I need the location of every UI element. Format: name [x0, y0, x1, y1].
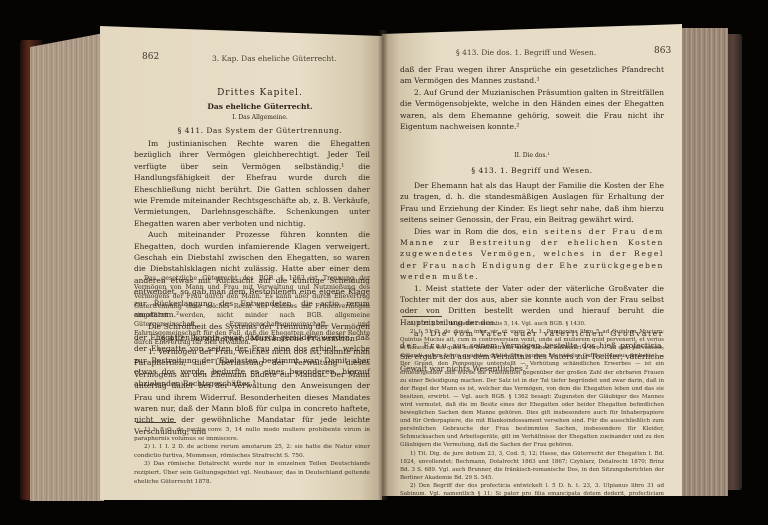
footnote-rule [136, 422, 176, 423]
footnote: 3) Das römische Dotalrecht wurde nur in … [134, 460, 370, 486]
paragraph: Der Ehemann hat als das Haupt der Famili… [400, 180, 664, 226]
footnote: 2) l. 1 I. 2 D. de actione rerum amotaru… [134, 443, 370, 460]
footnote: 1) Tit. Dig. de jure dotium 23, 3, Cod. … [400, 450, 664, 482]
page-number: 863 [654, 46, 671, 56]
right-page: § 413. Die dos. 1. Begriff und Wesen. 86… [382, 24, 682, 496]
section-heading-412: § 412. Paraphernen. Muzianische Präsumti… [140, 334, 380, 343]
section-heading-413: § 413. 1. Begriff und Wesen. [382, 166, 682, 175]
chapter-subtitle: Das eheliche Güterrecht. [140, 102, 380, 111]
left-page: 862 3. Kap. Das eheliche Güterrecht. Dri… [100, 26, 382, 500]
footnote: 2) l. 51 D. de donat. inter vir. et uxor… [400, 328, 664, 449]
footnote: 1) l. 11 § 2 C. de pactis conventis 5, 1… [400, 320, 664, 328]
running-head: 3. Kap. Das eheliche Güterrecht. [212, 54, 337, 63]
page-edges-right [678, 28, 728, 496]
footnote: 1) l. 8 C. de pactis conv. 5, 14 nullo m… [134, 426, 370, 443]
footnote: 2) Den Begriff der dos profecticia entwi… [400, 482, 664, 496]
section-412-continuation: daß der Frau wegen ihrer Ansprüche ein g… [400, 64, 664, 132]
running-head: § 413. Die dos. 1. Begriff und Wesen. [456, 48, 596, 57]
page-number: 862 [142, 52, 159, 62]
footnotes: 1) l. 11 § 2 C. de pactis conventis 5, 1… [400, 320, 664, 496]
paragraph: daß der Frau wegen ihrer Ansprüche ein g… [400, 64, 664, 87]
footnote-rule [402, 316, 442, 317]
footnotes: 1) l. 8 C. de pactis conv. 5, 14 nullo m… [134, 426, 370, 486]
paragraph: Im justinianischen Rechte waren die Eheg… [134, 138, 370, 229]
section-heading-411: § 411. Das System der Gütertrennung. [140, 126, 380, 135]
text: Dies war in Rom die dos, [414, 227, 518, 236]
paragraph: 1. Vermögen der Frau, welches nicht dos … [134, 346, 370, 437]
book-gutter [378, 30, 388, 500]
section-412-body: 1. Vermögen der Frau, welches nicht dos … [134, 346, 370, 437]
part-heading: II. Die dos.¹ [382, 152, 682, 159]
part-heading: I. Das Allgemeine. [140, 114, 380, 121]
paragraph-dos-definition: Dies war in Rom die dos, ein seitens der… [400, 226, 664, 283]
page-edges-left [30, 33, 104, 501]
paragraph: 2. Auf Grund der Muzianischen Präsumtion… [400, 87, 664, 133]
chapter-title: Drittes Kapitel. [140, 88, 380, 98]
